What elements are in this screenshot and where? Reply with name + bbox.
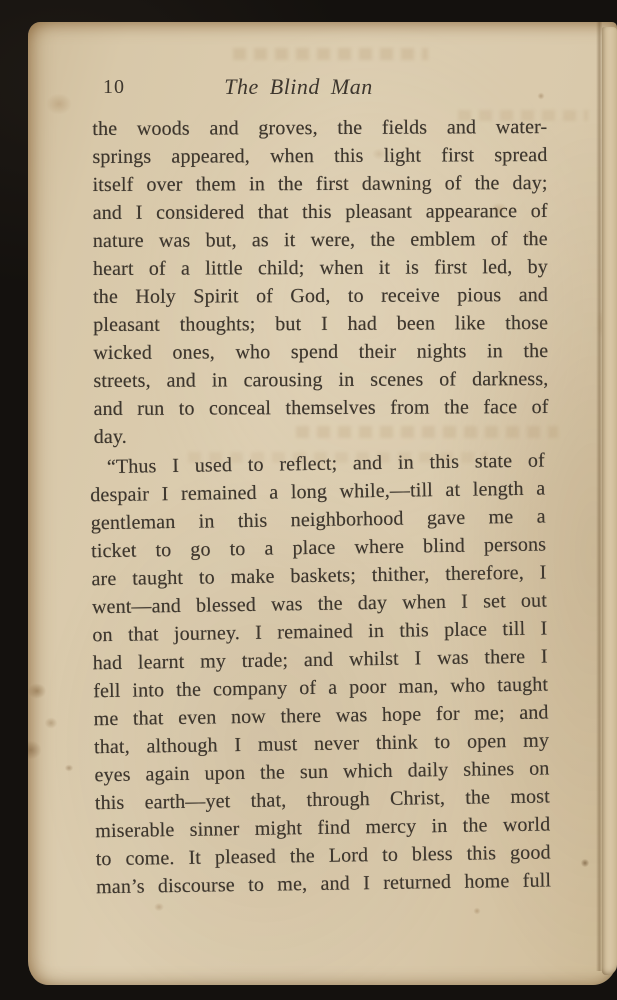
text-line: the Holy Spirit of God, to receive pious… bbox=[93, 281, 548, 311]
paragraph: “Thus I used to reflect; and in this sta… bbox=[90, 447, 552, 902]
text-line: and run to conceal themselves from the f… bbox=[93, 393, 548, 423]
adjacent-page-edge bbox=[602, 27, 617, 975]
text-line: nature was but, as it were, the emblem o… bbox=[93, 225, 548, 255]
running-title: The Blind Man bbox=[71, 74, 526, 100]
text-line: streets, and in carousing in scenes of d… bbox=[93, 365, 548, 395]
text-line: springs appeared, when this light first … bbox=[92, 141, 547, 171]
text-line: the woods and groves, the fields and wat… bbox=[92, 113, 547, 143]
text-line: and I considered that this pleasant appe… bbox=[93, 197, 548, 227]
text-line: man’s discourse to me, and I returned ho… bbox=[96, 866, 551, 901]
text-line: itself over them in the first dawning of… bbox=[93, 169, 548, 199]
page-crease bbox=[596, 22, 602, 971]
book-page: 10 The Blind Man the woods and groves, t… bbox=[28, 22, 617, 985]
photo-background: 10 The Blind Man the woods and groves, t… bbox=[0, 0, 617, 1000]
page-header: 10 The Blind Man bbox=[93, 74, 548, 104]
body-text: the woods and groves, the fields and wat… bbox=[93, 114, 548, 898]
show-through-text bbox=[233, 48, 428, 60]
paragraph: the woods and groves, the fields and wat… bbox=[92, 113, 548, 451]
text-line: pleasant thoughts; but I had been like t… bbox=[93, 309, 548, 339]
text-line: wicked ones, who spend their nights in t… bbox=[93, 337, 548, 367]
text-line: heart of a little child; when it is firs… bbox=[93, 253, 548, 283]
